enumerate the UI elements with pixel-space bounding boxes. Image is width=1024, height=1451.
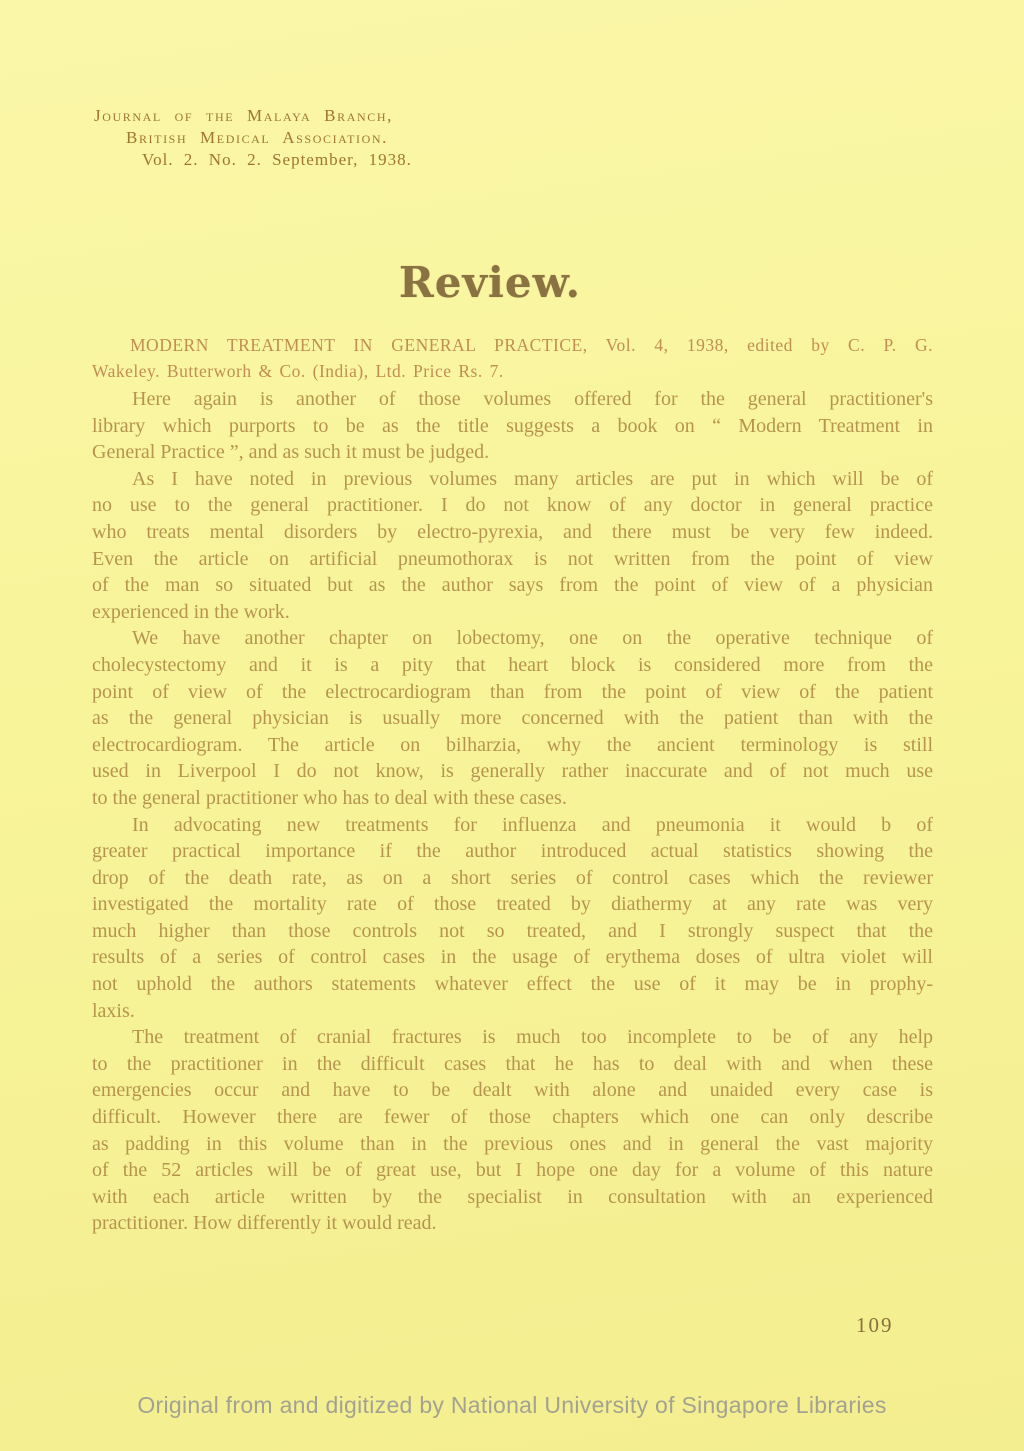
text-line: library which purports to be as the titl… [92, 413, 933, 440]
text-line: The treatment of cranial fractures is mu… [92, 1024, 933, 1051]
scanned-page: Journal of the Malaya Branch,British Med… [0, 0, 1024, 1451]
text-line: laxis. [92, 998, 933, 1025]
text-line: greater practical importance if the auth… [92, 838, 933, 865]
text-line: cholecystectomy and it is a pity that he… [92, 652, 933, 679]
text-line: of the 52 articles will be of great use,… [92, 1157, 933, 1184]
text-line: We have another chapter on lobectomy, on… [92, 625, 933, 652]
text-line: difficult. However there are fewer of th… [92, 1104, 933, 1131]
text-line: no use to the general practitioner. I do… [92, 492, 933, 519]
text-line: investigated the mortality rate of those… [92, 891, 933, 918]
text-line: drop of the death rate, as on a short se… [92, 865, 933, 892]
journal-header-line: British Medical Association. [126, 127, 412, 149]
review-body: Here again is another of those volumes o… [92, 386, 933, 1237]
journal-header-line: Vol. 2. No. 2. September, 1938. [142, 149, 412, 171]
text-line: emergencies occur and have to be dealt w… [92, 1077, 933, 1104]
text-line: as the general physician is usually more… [92, 705, 933, 732]
digitization-footer: Original from and digitized by National … [0, 1392, 1024, 1419]
paragraph: As I have noted in previous volumes many… [92, 466, 933, 626]
text-line: to the practitioner in the difficult cas… [92, 1051, 933, 1078]
text-line: with each article written by the special… [92, 1184, 933, 1211]
journal-header: Journal of the Malaya Branch,British Med… [94, 105, 412, 171]
text-line: results of a series of control cases in … [92, 944, 933, 971]
citation-line: Wakeley. Butterworh & Co. (India), Ltd. … [92, 358, 933, 384]
text-line: who treats mental disorders by electro-p… [92, 519, 933, 546]
journal-header-line: Journal of the Malaya Branch, [94, 105, 412, 127]
text-line: In advocating new treatments for influen… [92, 812, 933, 839]
page-number: 109 [856, 1313, 894, 1338]
text-line: practitioner. How differently it would r… [92, 1210, 933, 1237]
citation-line: MODERN TREATMENT IN GENERAL PRACTICE, Vo… [92, 332, 933, 358]
paragraph: In advocating new treatments for influen… [92, 812, 933, 1025]
text-line: as padding in this volume than in the pr… [92, 1131, 933, 1158]
text-line: As I have noted in previous volumes many… [92, 466, 933, 493]
paragraph: Here again is another of those volumes o… [92, 386, 933, 466]
text-line: point of view of the electrocardiogram t… [92, 679, 933, 706]
text-line: to the general practitioner who has to d… [92, 785, 933, 812]
text-line: Even the article on artificial pneumotho… [92, 546, 933, 573]
text-line: electrocardiogram. The article on bilhar… [92, 732, 933, 759]
text-line: much higher than those controls not so t… [92, 918, 933, 945]
review-title: Review. [0, 258, 980, 307]
paragraph: We have another chapter on lobectomy, on… [92, 625, 933, 811]
book-citation: MODERN TREATMENT IN GENERAL PRACTICE, Vo… [92, 332, 933, 384]
text-line: of the man so situated but as the author… [92, 572, 933, 599]
text-line: General Practice ”, and as such it must … [92, 439, 933, 466]
paragraph: The treatment of cranial fractures is mu… [92, 1024, 933, 1237]
text-line: not uphold the authors statements whatev… [92, 971, 933, 998]
text-line: Here again is another of those volumes o… [92, 386, 933, 413]
text-line: used in Liverpool I do not know, is gene… [92, 758, 933, 785]
text-line: experienced in the work. [92, 599, 933, 626]
